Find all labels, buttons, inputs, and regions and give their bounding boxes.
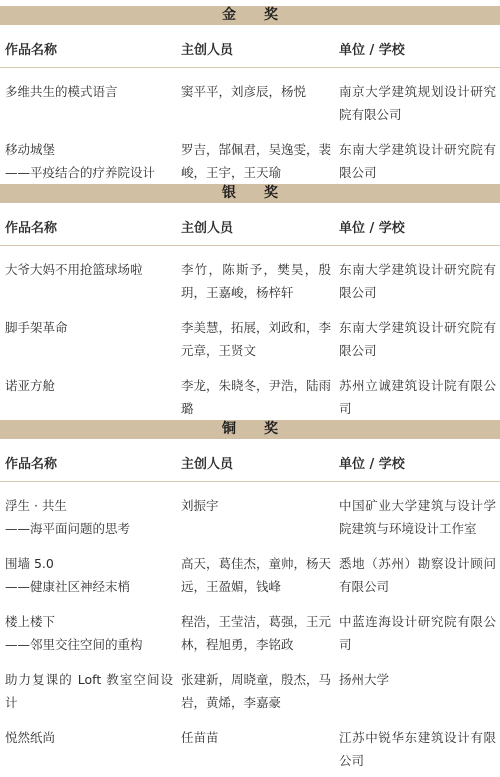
table-row: 脚手架革命 李美慧，拓展，刘政和，李元章，王贤文 东南大学建筑设计研究院有限公司 — [0, 316, 500, 362]
table-row: 大爷大妈不用抢篮球场啦 李竹，陈斯予，樊昊，殷玥，王嘉峻，杨梓轩 东南大学建筑设… — [0, 258, 500, 304]
column-header-creators: 主创人员 — [181, 39, 339, 58]
table-row: 围墙 5.0 ——健康社区神经末梢 高天，葛佳杰，童帅，杨天远，王盈媚，钱峰 悉… — [0, 552, 500, 598]
column-header-org: 单位 / 学校 — [339, 39, 498, 58]
work-title-cell: 悦然纸尚 — [5, 726, 181, 772]
work-title-cell: 助力复课的 Loft 教室空间设计 — [5, 668, 181, 714]
work-title-cell: 围墙 5.0 ——健康社区神经末梢 — [5, 552, 181, 598]
column-header-row: 作品名称 主创人员 单位 / 学校 — [0, 217, 500, 246]
award-tier-banner-bronze: 铜 奖 — [0, 420, 500, 439]
org-cell: 苏州立诚建筑设计院有限公司 — [339, 374, 498, 420]
column-header-work: 作品名称 — [5, 217, 181, 236]
work-title-cell: 脚手架革命 — [5, 316, 181, 362]
creators-cell: 高天，葛佳杰，童帅，杨天远，王盈媚，钱峰 — [181, 552, 339, 598]
org-cell: 中蓝连海设计研究院有限公司 — [339, 610, 498, 656]
work-title-cell: 诺亚方舱 — [5, 374, 181, 420]
column-header-row: 作品名称 主创人员 单位 / 学校 — [0, 39, 500, 68]
table-row: 助力复课的 Loft 教室空间设计 张建新，周晓童，殷杰，马岩，黄烯，李嘉豪 扬… — [0, 668, 500, 714]
award-tier-banner-gold: 金 奖 — [0, 6, 500, 25]
table-row: 诺亚方舱 李龙，朱晓冬，尹浩，陆雨璐 苏州立诚建筑设计院有限公司 — [0, 374, 500, 420]
section-bronze: 铜 奖 作品名称 主创人员 单位 / 学校 浮生 · 共生 ——海平面问题的思考… — [0, 420, 500, 772]
table-row: 浮生 · 共生 ——海平面问题的思考 刘振宇 中国矿业大学建筑与设计学院建筑与环… — [0, 494, 500, 540]
table-row: 移动城堡 ——平疫结合的疗养院设计 罗吉，郜佩君，吴逸雯，裴峻，王宇，王天瑜 东… — [0, 138, 500, 184]
creators-cell: 张建新，周晓童，殷杰，马岩，黄烯，李嘉豪 — [181, 668, 339, 714]
org-cell: 南京大学建筑规划设计研究院有限公司 — [339, 80, 498, 126]
org-cell: 江苏中锐华东建筑设计有限公司 — [339, 726, 498, 772]
award-list-page: 金 奖 作品名称 主创人员 单位 / 学校 多维共生的模式语言 窦平平，刘彦辰，… — [0, 0, 500, 772]
column-header-work: 作品名称 — [5, 39, 181, 58]
column-header-org: 单位 / 学校 — [339, 217, 498, 236]
org-cell: 悉地（苏州）勘察设计顾问有限公司 — [339, 552, 498, 598]
org-cell: 东南大学建筑设计研究院有限公司 — [339, 316, 498, 362]
org-cell: 扬州大学 — [339, 668, 498, 714]
column-header-work: 作品名称 — [5, 453, 181, 472]
creators-cell: 李龙，朱晓冬，尹浩，陆雨璐 — [181, 374, 339, 420]
work-title-cell: 移动城堡 ——平疫结合的疗养院设计 — [5, 138, 181, 184]
table-row: 多维共生的模式语言 窦平平，刘彦辰，杨悦 南京大学建筑规划设计研究院有限公司 — [0, 80, 500, 126]
work-title-cell: 大爷大妈不用抢篮球场啦 — [5, 258, 181, 304]
org-cell: 东南大学建筑设计研究院有限公司 — [339, 138, 498, 184]
work-title-cell: 楼上楼下 ——邻里交往空间的重构 — [5, 610, 181, 656]
column-header-org: 单位 / 学校 — [339, 453, 498, 472]
work-title-cell: 多维共生的模式语言 — [5, 80, 181, 126]
column-header-creators: 主创人员 — [181, 217, 339, 236]
creators-cell: 罗吉，郜佩君，吴逸雯，裴峻，王宇，王天瑜 — [181, 138, 339, 184]
work-title-cell: 浮生 · 共生 ——海平面问题的思考 — [5, 494, 181, 540]
creators-cell: 程浩，王莹洁，葛强，王元林，程旭勇，李铭政 — [181, 610, 339, 656]
section-silver: 银 奖 作品名称 主创人员 单位 / 学校 大爷大妈不用抢篮球场啦 李竹，陈斯予… — [0, 184, 500, 420]
creators-cell: 李美慧，拓展，刘政和，李元章，王贤文 — [181, 316, 339, 362]
table-row: 楼上楼下 ——邻里交往空间的重构 程浩，王莹洁，葛强，王元林，程旭勇，李铭政 中… — [0, 610, 500, 656]
table-row: 悦然纸尚 任苗苗 江苏中锐华东建筑设计有限公司 — [0, 726, 500, 772]
org-cell: 东南大学建筑设计研究院有限公司 — [339, 258, 498, 304]
section-gold: 金 奖 作品名称 主创人员 单位 / 学校 多维共生的模式语言 窦平平，刘彦辰，… — [0, 6, 500, 184]
creators-cell: 任苗苗 — [181, 726, 339, 772]
creators-cell: 窦平平，刘彦辰，杨悦 — [181, 80, 339, 126]
column-header-row: 作品名称 主创人员 单位 / 学校 — [0, 453, 500, 482]
award-tier-banner-silver: 银 奖 — [0, 184, 500, 203]
creators-cell: 李竹，陈斯予，樊昊，殷玥，王嘉峻，杨梓轩 — [181, 258, 339, 304]
creators-cell: 刘振宇 — [181, 494, 339, 540]
org-cell: 中国矿业大学建筑与设计学院建筑与环境设计工作室 — [339, 494, 498, 540]
column-header-creators: 主创人员 — [181, 453, 339, 472]
